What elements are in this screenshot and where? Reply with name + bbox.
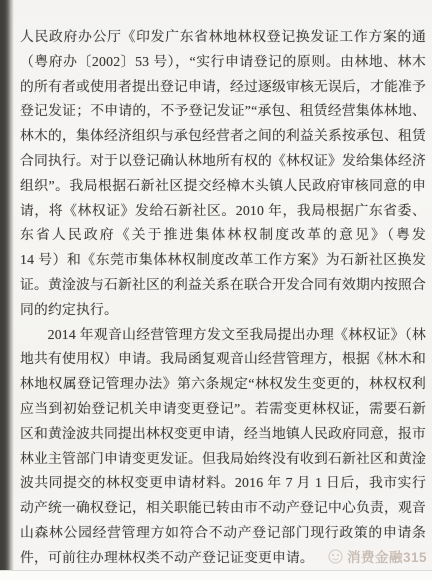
document-text-block: 人民政府办公厅《印发广东省林地林权登记换发证工作方案的通知》（粤府办〔2002〕… bbox=[20, 25, 426, 571]
text-line: 林木的，集体经济组织与承包经营者之间的利益关系按承包、租赁 bbox=[20, 124, 426, 149]
text-line: 组织”。我局根据石新社区提交经樟木头镇人民政府审核同意的申 bbox=[20, 174, 426, 199]
watermark-label: 消费金融315 bbox=[347, 546, 427, 566]
text-line: 的所有者或使用者提出登记申请，经过逐级审核无误后，才能准予 bbox=[20, 75, 426, 100]
text-line: 林地权属登记管理办法》第六条规定“林权发生变更的，林权权利人 bbox=[20, 372, 426, 397]
watermark: 消费金融315 bbox=[328, 546, 427, 566]
text-line: 登记发证；不申请的，不予登记发证”“承包、租赁经营集体林地、 bbox=[20, 99, 426, 124]
watermark-circle-logo-icon bbox=[328, 549, 343, 564]
text-line: 东省人民政府《关于推进集体林权制度改革的意见》（粤发〔2008〕 bbox=[20, 223, 426, 248]
text-line: 合同执行。对于以登记确认林地所有权的《林权证》发给集体经济 bbox=[20, 149, 426, 174]
scanned-document-page: 人民政府办公厅《印发广东省林地林权登记换发证工作方案的通知》（粤府办〔2002〕… bbox=[0, 0, 432, 580]
text-line: （粤府办〔2002〕53 号），“实行申请登记的原则。由林地、林木 bbox=[20, 50, 426, 75]
page-left-edge-shadow bbox=[0, 0, 14, 571]
text-line: 请，将《林权证》发给石新社区。2010 年，我局根据广东省委、广 bbox=[20, 199, 426, 224]
page-bottom-edge bbox=[0, 570, 432, 580]
text-line: 同的约定执行。 bbox=[20, 298, 426, 323]
text-line: 应当到初始登记机关申请变更登记”。若需变更林权证，需要石新社 bbox=[20, 397, 426, 422]
text-line: 证。黄淦波与石新社区的利益关系在联合开发合同有效期内按照合 bbox=[20, 273, 426, 298]
text-line: 山森林公园经营管理方如符合不动产登记部门现行政策的申请条 bbox=[20, 521, 426, 546]
text-line: 14 号）和《东莞市集体林权制度改革工作方案》为石新社区换发新 bbox=[20, 248, 426, 273]
text-line: 2014 年观音山经营管理方发文至我局提出办理《林权证》（林 bbox=[20, 323, 426, 348]
text-line: 林业主管部门申请变更发证。但我局始终没有收到石新社区和黄淦 bbox=[20, 447, 426, 472]
text-line: 地共有使用权）申请。我局函复观音山经营管理方，根据《林木和 bbox=[20, 347, 426, 372]
text-line: 人民政府办公厅《印发广东省林地林权登记换发证工作方案的通知》 bbox=[20, 25, 426, 50]
text-line: 区和黄淦波共同提出林权变更申请，经当地镇人民政府同意，报市 bbox=[20, 422, 426, 447]
text-line: 动产统一确权登记，相关职能已转由市不动产登记中心负责，观音 bbox=[20, 496, 426, 521]
text-line: 波共同提交的林权变更申请材料。2016 年 7 月 1 日后，我市实行不 bbox=[20, 471, 426, 496]
